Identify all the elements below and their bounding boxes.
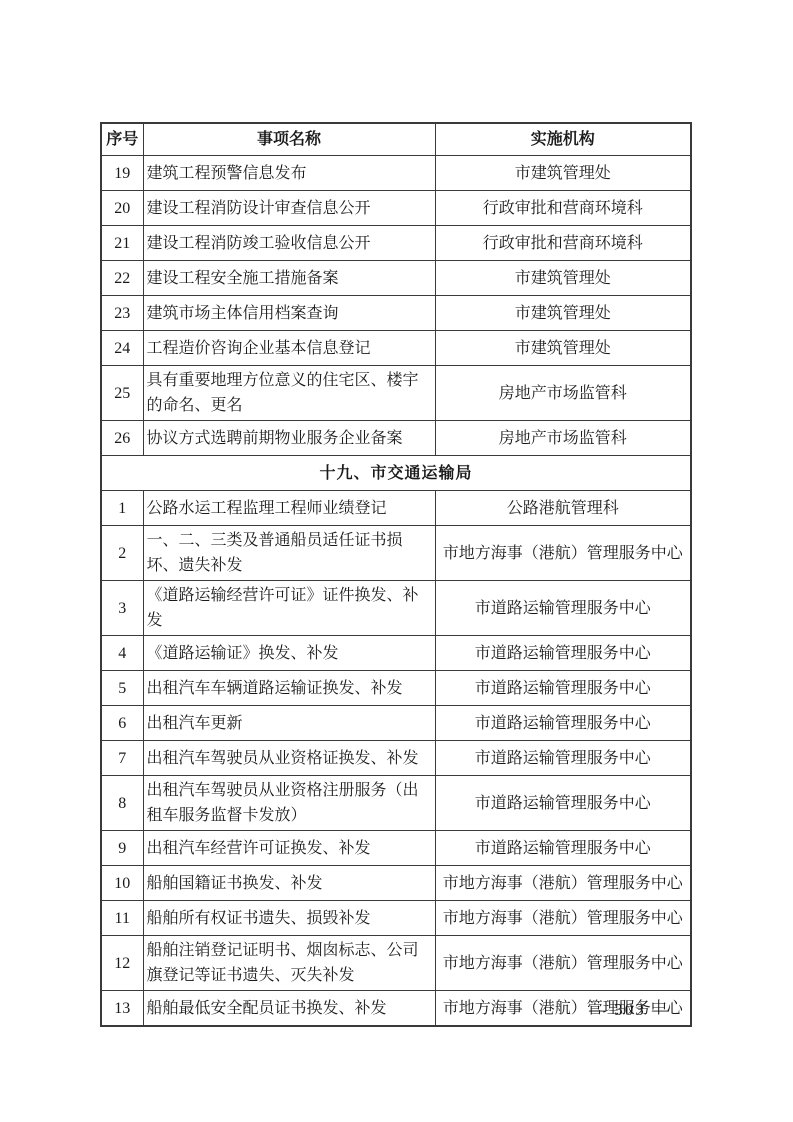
row-number-cell: 20 — [101, 191, 143, 226]
row-number-cell: 24 — [101, 331, 143, 366]
item-name-cell: 一、二、三类及普通船员适任证书损坏、遗失补发 — [143, 526, 435, 581]
table-row: 9出租汽车经营许可证换发、补发市道路运输管理服务中心 — [101, 831, 691, 866]
row-number-cell: 21 — [101, 226, 143, 261]
agency-cell: 市道路运输管理服务中心 — [435, 741, 691, 776]
item-name-cell: 建设工程消防设计审查信息公开 — [143, 191, 435, 226]
row-number-cell: 2 — [101, 526, 143, 581]
column-header-item-name: 事项名称 — [143, 123, 435, 156]
item-name-cell: 出租汽车驾驶员从业资格注册服务（出租车服务监督卡发放） — [143, 776, 435, 831]
agency-cell: 市地方海事（港航）管理服务中心 — [435, 936, 691, 991]
row-number-cell: 25 — [101, 366, 143, 421]
item-name-cell: 《道路运输经营许可证》证件换发、补发 — [143, 581, 435, 636]
row-number-cell: 9 — [101, 831, 143, 866]
agency-cell: 房地产市场监管科 — [435, 366, 691, 421]
table-row: 23建筑市场主体信用档案查询市建筑管理处 — [101, 296, 691, 331]
row-number-cell: 8 — [101, 776, 143, 831]
row-number-cell: 23 — [101, 296, 143, 331]
agency-cell: 市建筑管理处 — [435, 156, 691, 191]
agency-cell: 市道路运输管理服务中心 — [435, 671, 691, 706]
item-name-cell: 公路水运工程监理工程师业绩登记 — [143, 491, 435, 526]
table-row: 3《道路运输经营许可证》证件换发、补发市道路运输管理服务中心 — [101, 581, 691, 636]
agency-cell: 市地方海事（港航）管理服务中心 — [435, 526, 691, 581]
table-row: 25具有重要地理方位意义的住宅区、楼宇的命名、更名房地产市场监管科 — [101, 366, 691, 421]
item-name-cell: 建设工程消防竣工验收信息公开 — [143, 226, 435, 261]
row-number-cell: 19 — [101, 156, 143, 191]
table-row: 8出租汽车驾驶员从业资格注册服务（出租车服务监督卡发放）市道路运输管理服务中心 — [101, 776, 691, 831]
agency-cell: 市建筑管理处 — [435, 296, 691, 331]
table-row: 21建设工程消防竣工验收信息公开行政审批和营商环境科 — [101, 226, 691, 261]
item-name-cell: 协议方式选聘前期物业服务企业备案 — [143, 421, 435, 456]
table-row: 24工程造价咨询企业基本信息登记市建筑管理处 — [101, 331, 691, 366]
agency-cell: 市建筑管理处 — [435, 261, 691, 296]
table-body: 19建筑工程预警信息发布市建筑管理处20建设工程消防设计审查信息公开行政审批和营… — [101, 156, 691, 1027]
agency-cell: 市道路运输管理服务中心 — [435, 776, 691, 831]
row-number-cell: 12 — [101, 936, 143, 991]
agency-cell: 市地方海事（港航）管理服务中心 — [435, 901, 691, 936]
item-name-cell: 船舶国籍证书换发、补发 — [143, 866, 435, 901]
item-name-cell: 船舶注销登记证明书、烟囱标志、公司旗登记等证书遗失、灭失补发 — [143, 936, 435, 991]
item-name-cell: 具有重要地理方位意义的住宅区、楼宇的命名、更名 — [143, 366, 435, 421]
row-number-cell: 1 — [101, 491, 143, 526]
item-name-cell: 建设工程安全施工措施备案 — [143, 261, 435, 296]
item-name-cell: 出租汽车车辆道路运输证换发、补发 — [143, 671, 435, 706]
item-name-cell: 建筑市场主体信用档案查询 — [143, 296, 435, 331]
section-header-row: 十九、市交通运输局 — [101, 456, 691, 491]
item-name-cell: 工程造价咨询企业基本信息登记 — [143, 331, 435, 366]
agency-cell: 行政审批和营商环境科 — [435, 191, 691, 226]
table-row: 4《道路运输证》换发、补发市道路运输管理服务中心 — [101, 636, 691, 671]
agency-cell: 市建筑管理处 — [435, 331, 691, 366]
item-name-cell: 出租汽车更新 — [143, 706, 435, 741]
column-header-agency: 实施机构 — [435, 123, 691, 156]
row-number-cell: 5 — [101, 671, 143, 706]
table-row: 6出租汽车更新市道路运输管理服务中心 — [101, 706, 691, 741]
item-name-cell: 船舶最低安全配员证书换发、补发 — [143, 991, 435, 1027]
row-number-cell: 22 — [101, 261, 143, 296]
table-row: 12船舶注销登记证明书、烟囱标志、公司旗登记等证书遗失、灭失补发市地方海事（港航… — [101, 936, 691, 991]
table-row: 10船舶国籍证书换发、补发市地方海事（港航）管理服务中心 — [101, 866, 691, 901]
row-number-cell: 4 — [101, 636, 143, 671]
table-row: 5出租汽车车辆道路运输证换发、补发市道路运输管理服务中心 — [101, 671, 691, 706]
row-number-cell: 13 — [101, 991, 143, 1027]
table-row: 11船舶所有权证书遗失、损毁补发市地方海事（港航）管理服务中心 — [101, 901, 691, 936]
agency-cell: 行政审批和营商环境科 — [435, 226, 691, 261]
agency-cell: 市道路运输管理服务中心 — [435, 831, 691, 866]
row-number-cell: 3 — [101, 581, 143, 636]
agency-cell: 市道路运输管理服务中心 — [435, 636, 691, 671]
agency-cell: 公路港航管理科 — [435, 491, 691, 526]
item-name-cell: 出租汽车经营许可证换发、补发 — [143, 831, 435, 866]
table-header-row: 序号 事项名称 实施机构 — [101, 123, 691, 156]
table-row: 2一、二、三类及普通船员适任证书损坏、遗失补发市地方海事（港航）管理服务中心 — [101, 526, 691, 581]
agency-cell: 市道路运输管理服务中心 — [435, 706, 691, 741]
column-header-no: 序号 — [101, 123, 143, 156]
item-name-cell: 建筑工程预警信息发布 — [143, 156, 435, 191]
table-row: 22建设工程安全施工措施备案市建筑管理处 — [101, 261, 691, 296]
row-number-cell: 7 — [101, 741, 143, 776]
row-number-cell: 11 — [101, 901, 143, 936]
table-row: 7出租汽车驾驶员从业资格证换发、补发市道路运输管理服务中心 — [101, 741, 691, 776]
section-header: 十九、市交通运输局 — [101, 456, 691, 491]
row-number-cell: 6 — [101, 706, 143, 741]
item-name-cell: 出租汽车驾驶员从业资格证换发、补发 — [143, 741, 435, 776]
row-number-cell: 10 — [101, 866, 143, 901]
row-number-cell: 26 — [101, 421, 143, 456]
item-name-cell: 船舶所有权证书遗失、损毁补发 — [143, 901, 435, 936]
agency-cell: 市地方海事（港航）管理服务中心 — [435, 866, 691, 901]
table-row: 19建筑工程预警信息发布市建筑管理处 — [101, 156, 691, 191]
table-row: 20建设工程消防设计审查信息公开行政审批和营商环境科 — [101, 191, 691, 226]
table-row: 1公路水运工程监理工程师业绩登记公路港航管理科 — [101, 491, 691, 526]
agency-cell: 市道路运输管理服务中心 — [435, 581, 691, 636]
agency-cell: 房地产市场监管科 — [435, 421, 691, 456]
item-name-cell: 《道路运输证》换发、补发 — [143, 636, 435, 671]
page-number: — 303 — — [560, 1000, 700, 1020]
table-row: 26协议方式选聘前期物业服务企业备案房地产市场监管科 — [101, 421, 691, 456]
service-items-table: 序号 事项名称 实施机构 19建筑工程预警信息发布市建筑管理处20建设工程消防设… — [100, 122, 692, 1027]
